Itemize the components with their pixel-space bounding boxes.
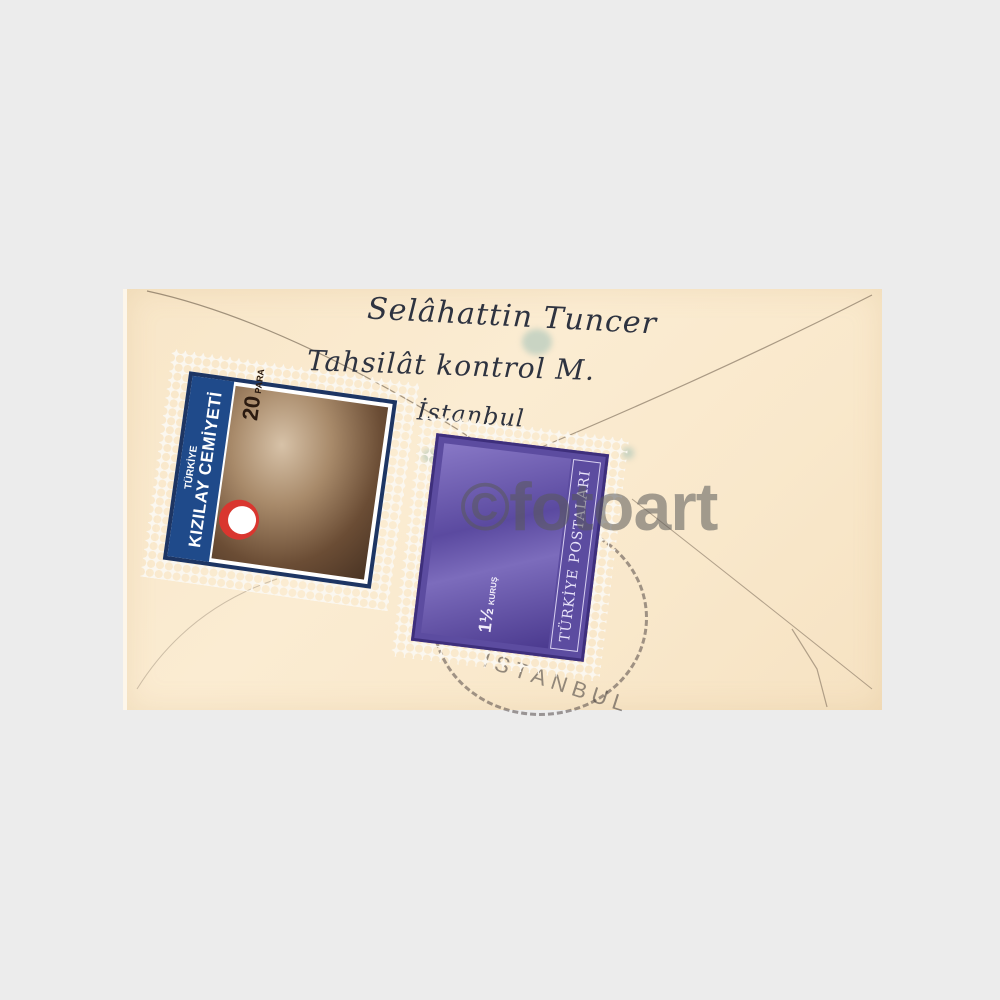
stamp-frame: TÜRKİYE KIZILAY CEMİYETİ 20PARA [163,371,397,588]
turkiye-postage-stamp: TÜRKİYE POSTALARI 1½KURUŞ [391,413,629,682]
watermark: ©fotoart [460,468,717,546]
kizilay-charity-stamp: TÜRKİYE KIZILAY CEMİYETİ 20PARA [140,349,420,612]
